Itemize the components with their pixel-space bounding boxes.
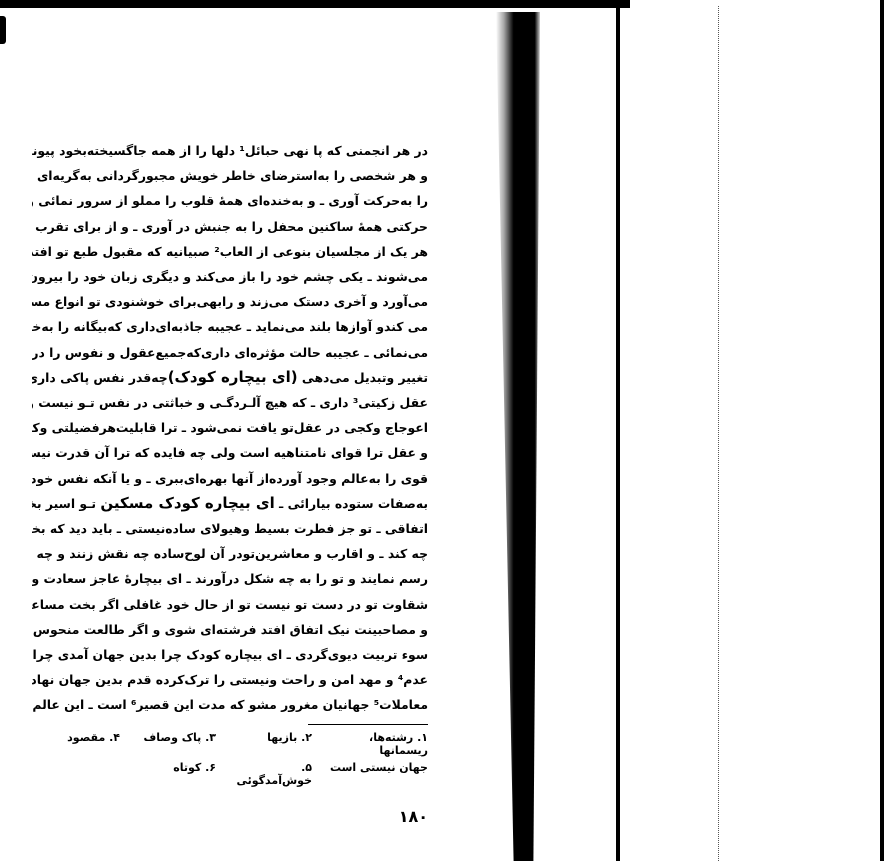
text-line: می‌شوند ـ یکی چشم خود را باز می‌کند و دی… <box>32 264 428 289</box>
footnote-1: ۱. رشته‌ها، ریسمانها <box>318 731 428 757</box>
page-number: ۱۸۰ <box>32 807 428 826</box>
footnote-5: ۵. خوش‌آمدگوئی <box>222 761 312 787</box>
text-line: در هر انجمنی که پا نهی حبائل¹ دلها را از… <box>32 138 428 163</box>
text-line: معاملات⁵ جهانیان مغرور مشو که مدت این قص… <box>32 692 428 717</box>
scan-right-edge <box>880 0 884 861</box>
text-line: چه کند ـ و اقارب و معاشرین‌تودر آن لوح‌س… <box>32 541 428 566</box>
text-line: تغییر وتبدیل می‌دهی (ای بیچاره کودک)چه‌ق… <box>32 365 428 390</box>
text-line: قوی را به‌عالم وجود آورده‌از آنها بهره‌ا… <box>32 466 428 491</box>
dotted-scan-line <box>718 6 719 861</box>
footnote-6: ۶. کوتاه <box>126 761 216 787</box>
text-line: رسم نمایند و تو را به چه شکل درآورند ـ ا… <box>32 566 428 591</box>
footnote-1-continued: جهان نیستی است <box>318 761 428 787</box>
footnotes: ۱. رشته‌ها، ریسمانها ۲. بازیها ۳. پاک وص… <box>32 731 428 787</box>
text-line: می کندو آوازها بلند می‌نماید ـ عجیبه جاذ… <box>32 314 428 339</box>
text-line: و مصاحبینت نیک اتفاق افتد فرشته‌ای شوی و… <box>32 617 428 642</box>
emphasized-phrase: (ای بیچاره کودک) <box>168 368 298 386</box>
text-line: می‌نمائی ـ عجیبه حالت مؤثره‌ای داری‌که‌ج… <box>32 340 428 365</box>
text-line: را به‌حرکت آوری ـ و به‌خنده‌ای همهٔ قلوب… <box>32 188 428 213</box>
text-line: و هر شخصی را به‌استرضای خاطر خویش مجبورگ… <box>32 163 428 188</box>
text-line: شقاوت تو در دست تو نیست تو از حال خود غا… <box>32 592 428 617</box>
page-top-border <box>0 0 630 8</box>
text-line: و عقل ترا قوای نامتناهیه است ولی چه فاید… <box>32 440 428 465</box>
text-line: سوء تربیت دیوی‌گردی ـ ای بیچاره کودک چرا… <box>32 642 428 667</box>
text-line: اتفاقی ـ تو جز فطرت بسیط وهیولای ساده‌نی… <box>32 516 428 541</box>
footnote-4: ۴. مقصود <box>30 731 120 757</box>
emphasized-phrase: ای بیچاره کودک مسکین <box>100 494 274 512</box>
text-line: می‌آورد و آخری دستک می‌زند و رابهی‌برای … <box>32 289 428 314</box>
footnote-empty <box>30 761 120 787</box>
text-line: اعوجاج وکجی در عقل‌تو یافت نمی‌شود ـ ترا… <box>32 415 428 440</box>
page-edge-line <box>616 6 620 861</box>
text-line: عقل زکیتی³ داری ـ که هیچ آلـردگـی و خباث… <box>32 390 428 415</box>
text-line: عدم⁴ و مهد امن و راحت ونیستی را ترک‌کرده… <box>32 667 428 692</box>
scan-corner-mark <box>0 16 6 44</box>
footnote-2: ۲. بازیها <box>222 731 312 757</box>
text-line: به‌صفات ستوده بیارائی ـ ای بیچاره کودک م… <box>32 491 428 516</box>
body-text: در هر انجمنی که پا نهی حبائل¹ دلها را از… <box>32 138 428 718</box>
footnote-3: ۳. پاک وصاف <box>126 731 216 757</box>
footnote-separator <box>308 724 428 725</box>
book-page: در هر انجمنی که پا نهی حبائل¹ دلها را از… <box>32 138 428 826</box>
text-line: حرکتی همهٔ ساکنین محفل را به جنبش در آور… <box>32 214 428 239</box>
book-spine-shadow <box>496 12 540 861</box>
text-line: هر یک از مجلسیان بنوعی از العاب² صبیانیه… <box>32 239 428 264</box>
